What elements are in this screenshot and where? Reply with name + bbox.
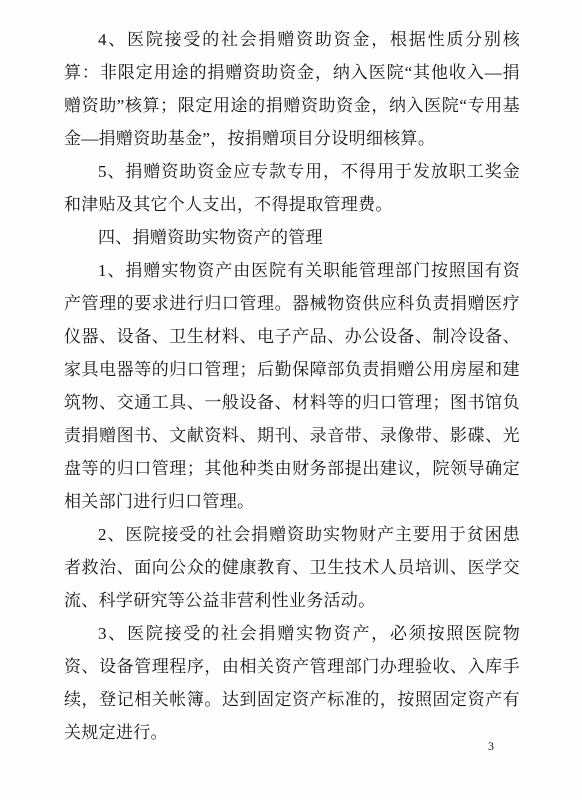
paragraph: 1、捐赠实物资产由医院有关职能管理部门按照国有资产管理的要求进行归口管理。器械物…	[64, 254, 520, 518]
paragraph: 4、医院接受的社会捐赠资助资金，根据性质分别核算：非限定用途的捐赠资助资金，纳入…	[64, 23, 520, 155]
document-page: 4、医院接受的社会捐赠资助资金，根据性质分别核算：非限定用途的捐赠资助资金，纳入…	[0, 0, 582, 800]
paragraph: 四、捐赠资助实物资产的管理	[64, 221, 520, 254]
paragraph: 5、捐赠资助资金应专款专用，不得用于发放职工奖金和津贴及其它个人支出，不得提取管…	[64, 155, 520, 221]
paragraph: 3、医院接受的社会捐赠实物资产，必须按照医院物资、设备管理程序，由相关资产管理部…	[64, 617, 520, 749]
paragraph: 2、医院接受的社会捐赠资助实物财产主要用于贫困患者救治、面向公众的健康教育、卫生…	[64, 518, 520, 617]
document-body: 4、医院接受的社会捐赠资助资金，根据性质分别核算：非限定用途的捐赠资助资金，纳入…	[64, 23, 520, 749]
page-number: 3	[488, 738, 494, 754]
